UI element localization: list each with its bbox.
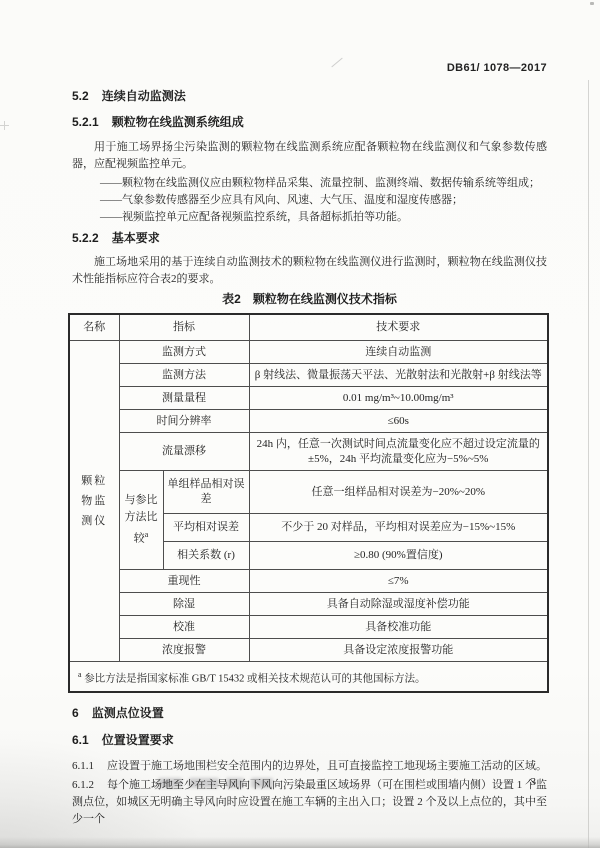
requirement-cell: 不少于 20 对样品，平均相对误差应为−15%~15%: [249, 514, 548, 542]
indicator-cell: 监测方式: [119, 341, 249, 364]
standard-reference: DB61/ 1078—2017: [72, 0, 547, 75]
section-heading-6-1: 6.1位置设置要求: [72, 734, 547, 747]
requirement-cell: 任意一组样品相对误差为−20%~20%: [249, 471, 548, 514]
table-2-technical-indicators: 名称 指标 技术要求 颗粒 物监 测仪 监测方式 连续自动监测 监测方法 β 射…: [68, 313, 549, 693]
requirement-cell: 具备自动除湿或湿度补偿功能: [249, 593, 548, 616]
clause-number: 6.1.1: [72, 760, 94, 772]
footnote-ref: a: [145, 530, 149, 539]
requirement-cell: ≥0.80 (90%置信度): [249, 542, 548, 570]
section-title: 位置设置要求: [102, 733, 174, 747]
paragraph-5-2-1: 用于施工场界扬尘污染监测的颗粒物在线监测系统应配备颗粒物在线监测仪和气象参数传感…: [72, 139, 547, 173]
requirement-cell: 0.01 mg/m³~10.00mg/m³: [249, 387, 548, 410]
section-number: 6: [72, 706, 79, 720]
dash-list-item: ——视频监控单元应配备视频监控系统，具备超标抓拍等功能。: [72, 209, 547, 226]
requirement-cell: β 射线法、微量振荡天平法、光散射法和光散射+β 射线法等: [249, 364, 548, 387]
document-content: DB61/ 1078—2017 5.2连续自动监测法 5.2.1颗粒物在线监测系…: [0, 0, 600, 848]
table-caption: 表2颗粒物在线监测仪技术指标: [72, 293, 547, 306]
clause-6-1-1: 6.1.1应设置于施工场地围栏安全范围内的边界处，且可直接监控工地现场主要施工活…: [72, 758, 547, 775]
requirement-cell: 24h 内，任意一次测试时间点流量变化应不超过设定流量的±5%，24h 平均流量…: [249, 433, 548, 471]
clause-number: 6.1.2: [72, 779, 94, 791]
section-number: 5.2: [72, 89, 89, 103]
requirement-cell: 具备设定浓度报警功能: [249, 639, 548, 662]
section-title: 连续自动监测法: [102, 89, 186, 103]
table-header-row: 名称 指标 技术要求: [69, 314, 548, 341]
table-caption-title: 颗粒物在线监测仪技术指标: [253, 292, 397, 306]
table-row: 流量漂移 24h 内，任意一次测试时间点流量变化应不超过设定流量的±5%，24h…: [69, 433, 548, 471]
section-number: 6.1: [72, 733, 89, 747]
dash-list-item: ——气象参数传感器至少应具有风向、风速、大气压、温度和湿度传感器；: [72, 192, 547, 209]
table-row: 监测方法 β 射线法、微量振荡天平法、光散射法和光散射+β 射线法等: [69, 364, 548, 387]
requirement-cell: 连续自动监测: [249, 341, 548, 364]
requirement-cell: ≤7%: [249, 570, 548, 593]
page-number: 3: [531, 776, 537, 788]
requirement-cell: ≤60s: [249, 410, 548, 433]
clause-6-1-2: 6.1.2每个施工场地至少在主导风向下风向污染最重区域场界（可在围栏或围墙内侧）…: [72, 777, 547, 828]
clause-text: 每个施工场地至少在主导风向下风向污染最重区域场界（可在围栏或围墙内侧）设置 1 …: [72, 779, 547, 825]
indicator-cell: 浓度报警: [119, 639, 249, 662]
indicator-cell: 平均相对误差: [163, 514, 249, 542]
section-heading-5-2-2: 5.2.2基本要求: [72, 232, 547, 245]
section-title: 监测点位设置: [92, 706, 164, 720]
table-footnote-row: a 参比方法是指国家标准 GB/T 15432 或相关技术规范认可的其他国标方法…: [69, 662, 548, 692]
indicator-cell: 相关系数 (r): [163, 542, 249, 570]
dash-list-item: ——颗粒物在线监测仪应由颗粒物样品采集、流量控制、监测终端、数据传输系统等组成；: [72, 175, 547, 192]
scanned-document-page: DB61/ 1078—2017 5.2连续自动监测法 5.2.1颗粒物在线监测系…: [0, 0, 600, 848]
indicator-cell: 单组样品相对误差: [163, 471, 249, 514]
section-heading-5-2: 5.2连续自动监测法: [72, 90, 547, 103]
indicator-cell: 校准: [119, 616, 249, 639]
section-heading-6: 6监测点位设置: [72, 707, 547, 720]
table-row: 与参比 方法比 较a 单组样品相对误差 任意一组样品相对误差为−20%~20%: [69, 471, 548, 514]
indicator-cell: 除湿: [119, 593, 249, 616]
compare-method-cell: 与参比 方法比 较a: [119, 471, 163, 570]
indicator-cell: 测量量程: [119, 387, 249, 410]
table-row: 浓度报警 具备设定浓度报警功能: [69, 639, 548, 662]
table-footnote: a 参比方法是指国家标准 GB/T 15432 或相关技术规范认可的其他国标方法…: [69, 662, 548, 692]
indicator-cell: 时间分辨率: [119, 410, 249, 433]
table-row: 测量量程 0.01 mg/m³~10.00mg/m³: [69, 387, 548, 410]
section-title: 基本要求: [112, 231, 160, 245]
section-heading-5-2-1: 5.2.1颗粒物在线监测系统组成: [72, 116, 547, 129]
indicator-cell: 重现性: [119, 570, 249, 593]
col-header-requirement: 技术要求: [249, 314, 548, 341]
col-header-indicator: 指标: [119, 314, 249, 341]
footnote-marker: a: [78, 670, 82, 679]
paragraph-5-2-2: 施工场地采用的基于连续自动监测技术的颗粒物在线监测仪进行监测时，颗粒物在线监测仪…: [72, 254, 547, 288]
table-row: 颗粒 物监 测仪 监测方式 连续自动监测: [69, 341, 548, 364]
table-caption-label: 表2: [222, 292, 241, 306]
indicator-cell: 监测方法: [119, 364, 249, 387]
table-row: 重现性 ≤7%: [69, 570, 548, 593]
requirement-cell: 具备校准功能: [249, 616, 548, 639]
section-title: 颗粒物在线监测系统组成: [112, 115, 244, 129]
clause-text: 应设置于施工场地围栏安全范围内的边界处，且可直接监控工地现场主要施工活动的区域。: [107, 760, 547, 772]
indicator-cell: 流量漂移: [119, 433, 249, 471]
table-row: 除湿 具备自动除湿或湿度补偿功能: [69, 593, 548, 616]
table-row: 时间分辨率 ≤60s: [69, 410, 548, 433]
col-header-name: 名称: [69, 314, 119, 341]
section-number: 5.2.2: [72, 231, 99, 245]
section-number: 5.2.1: [72, 115, 99, 129]
table-row: 校准 具备校准功能: [69, 616, 548, 639]
device-name-cell: 颗粒 物监 测仪: [69, 341, 119, 662]
